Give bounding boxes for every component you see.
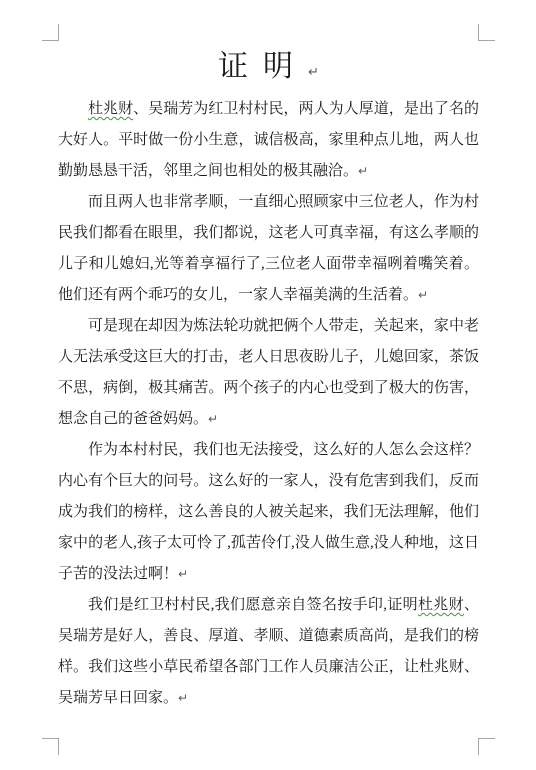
text-boundary-mark-bottom-left	[42, 738, 59, 755]
paragraph-mark-icon: ↵	[178, 567, 188, 581]
text-segment: 、吴瑞芳是好人，善良、厚道、孝顺、道德素质高尚，是我们的榜样。我们这些小草民希望…	[58, 597, 479, 706]
document-body[interactable]: 杜兆财、吴瑞芳为红卫村村民，两人为人厚道，是出了名的大好人。平时做一份小生意，诚…	[58, 94, 479, 714]
spellcheck-flagged-text: 杜兆财	[418, 597, 464, 613]
paragraph: 而且两人也非常孝顺，一直细心照顾家中三位老人，作为村民我们都看在眼里，我们都说，…	[58, 187, 479, 311]
document-title: 证明↵	[58, 40, 479, 94]
paragraph-mark-icon: ↵	[418, 288, 428, 302]
paragraph: 作为本村村民，我们也无法接受，这么好的人怎么会这样？内心有个巨大的问号。这么好的…	[58, 435, 479, 590]
text-segment: 作为本村村民，我们也无法接受，这么好的人怎么会这样？内心有个巨大的问号。这么好的…	[58, 442, 479, 582]
text-segment: 而且两人也非常孝顺，一直细心照顾家中三位老人，作为村民我们都看在眼里，我们都说，…	[58, 194, 479, 303]
text-boundary-mark-top-left	[42, 24, 59, 41]
paragraph-mark-icon: ↵	[308, 65, 319, 80]
text-boundary-mark-bottom-right	[478, 738, 495, 755]
paragraph: 杜兆财、吴瑞芳为红卫村村民，两人为人厚道，是出了名的大好人。平时做一份小生意，诚…	[58, 94, 479, 187]
text-segment: 可是现在却因为炼法轮功就把俩个人带走，关起来，家中老人无法承受这巨大的打击，老人…	[58, 318, 479, 427]
text-boundary-mark-top-right	[478, 24, 495, 41]
paragraph-mark-icon: ↵	[208, 412, 218, 426]
document-page: 证明↵ 杜兆财、吴瑞芳为红卫村村民，两人为人厚道，是出了名的大好人。平时做一份小…	[0, 0, 536, 770]
text-segment: 我们是红卫村村民,我们愿意亲自签名按手印,证明	[88, 597, 418, 613]
document-content[interactable]: 证明↵ 杜兆财、吴瑞芳为红卫村村民，两人为人厚道，是出了名的大好人。平时做一份小…	[58, 40, 479, 714]
spellcheck-flagged-text: 杜兆财	[88, 101, 133, 117]
paragraph-mark-icon: ↵	[358, 164, 368, 178]
paragraph-mark-icon: ↵	[178, 691, 188, 705]
paragraph: 可是现在却因为炼法轮功就把俩个人带走，关起来，家中老人无法承受这巨大的打击，老人…	[58, 311, 479, 435]
paragraph: 我们是红卫村村民,我们愿意亲自签名按手印,证明杜兆财、吴瑞芳是好人，善良、厚道、…	[58, 590, 479, 714]
document-title-text: 证明	[218, 50, 308, 83]
